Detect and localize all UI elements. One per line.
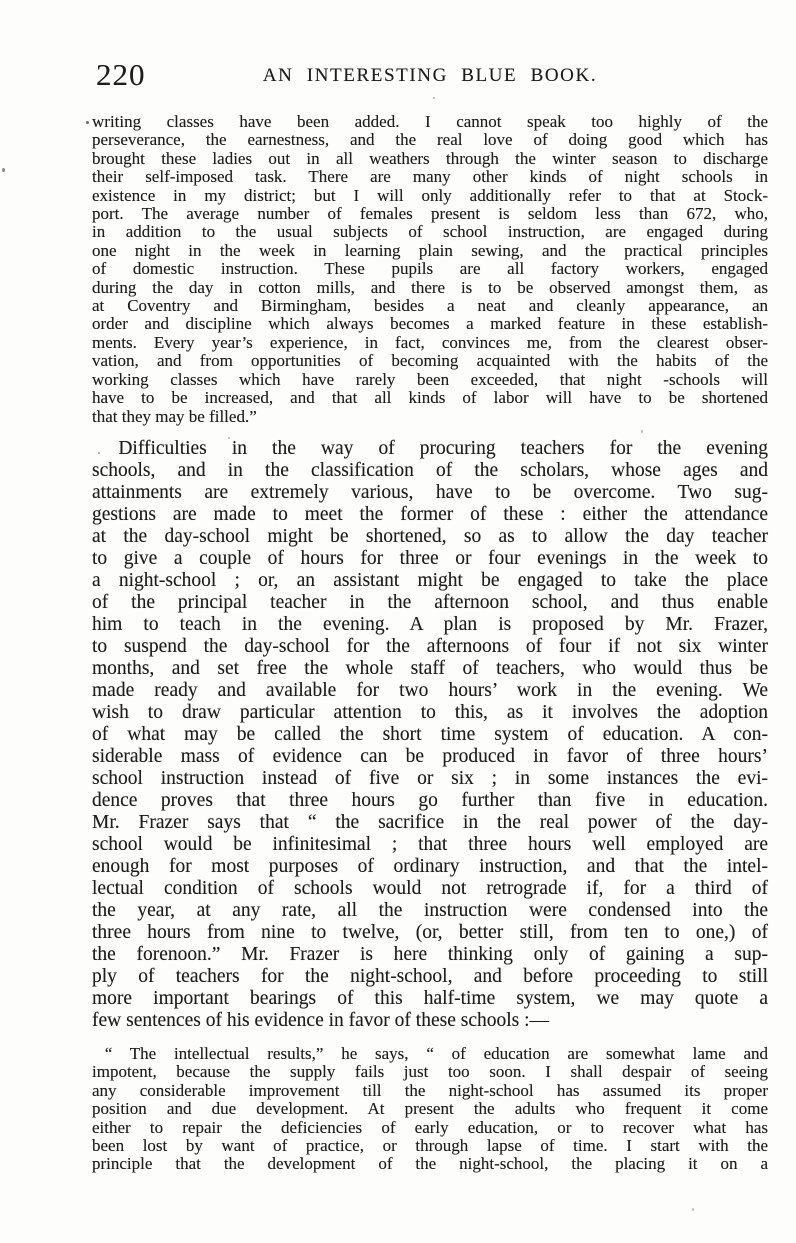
text-line: one night in the week in learning plain … — [92, 242, 768, 260]
text-line: vation, and from opportunities of becomi… — [92, 352, 768, 370]
text-line: principle that the development of the ni… — [92, 1155, 768, 1173]
text-line: made ready and available for two hours’ … — [92, 680, 768, 702]
text-line: of the principal teacher in the afternoo… — [92, 592, 768, 614]
text-line: have to be increased, and that all kinds… — [92, 389, 768, 407]
text-line: the year, at any rate, all the instructi… — [92, 900, 768, 922]
text-line: ments. Every year’s experience, in fact,… — [92, 334, 768, 352]
text-line: port. The average number of females pres… — [92, 205, 768, 223]
text-line: writing classes have been added. I canno… — [92, 113, 768, 131]
text-line: school instruction instead of five or si… — [92, 768, 768, 790]
text-line: brought these ladies out in all weathers… — [92, 150, 768, 168]
text-line: at Coventry and Birmingham, besides a ne… — [92, 297, 768, 315]
scan-speck — [2, 168, 5, 172]
text-line: in addition to the usual subjects of sch… — [92, 223, 768, 241]
text-column: 220 AN INTERESTING BLUE BOOK. writing cl… — [92, 0, 768, 1174]
text-line: of what may be called the short time sys… — [92, 724, 768, 746]
page-header: 220 AN INTERESTING BLUE BOOK. — [92, 58, 768, 98]
text-line: their self-imposed task. There are many … — [92, 168, 768, 186]
text-line: ply of teachers for the night-school, an… — [92, 966, 768, 988]
text-line: wish to draw particular attention to thi… — [92, 702, 768, 724]
text-line: gestions are made to meet the former of … — [92, 504, 768, 526]
running-title: AN INTERESTING BLUE BOOK. — [92, 65, 768, 87]
text-line: during the day in cotton mills, and ther… — [92, 279, 768, 297]
text-line: few sentences of his evidence in favor o… — [92, 1010, 768, 1032]
text-line: the forenoon.” Mr. Frazer is here thinki… — [92, 944, 768, 966]
text-line: Mr. Frazer says that “ the sacrifice in … — [92, 812, 768, 834]
text-line: Difficulties in the way of procuring tea… — [92, 438, 768, 460]
text-line: perseverance, the earnestness, and the r… — [92, 131, 768, 149]
text-line: to suspend the day-school for the aftern… — [92, 636, 768, 658]
scan-speck — [692, 1208, 694, 1211]
text-line: either to repair the deficiencies of ear… — [92, 1119, 768, 1137]
main-paragraph: Difficulties in the way of procuring tea… — [92, 438, 768, 1032]
text-line: school would be infinitesimal ; that thr… — [92, 834, 768, 856]
text-line: schools, and in the classification of th… — [92, 460, 768, 482]
text-line: enough for most purposes of ordinary ins… — [92, 856, 768, 878]
text-line: to give a couple of hours for three or f… — [92, 548, 768, 570]
text-line: at the day-school might be shortened, so… — [92, 526, 768, 548]
text-line: attainments are extremely various, have … — [92, 482, 768, 504]
text-line: dence proves that three hours go further… — [92, 790, 768, 812]
text-line: any considerable improvement till the ni… — [92, 1082, 768, 1100]
text-line: order and discipline which always become… — [92, 315, 768, 333]
text-line: “ The intellectual results,” he says, “ … — [92, 1045, 768, 1063]
text-line: lectual condition of schools would not r… — [92, 878, 768, 900]
text-line: position and due development. At present… — [92, 1100, 768, 1118]
text-line: of domestic instruction. These pupils ar… — [92, 260, 768, 278]
quoted-excerpt-bottom: “ The intellectual results,” he says, “ … — [92, 1045, 768, 1174]
text-line: siderable mass of evidence can be produc… — [92, 746, 768, 768]
text-line: working classes which have rarely been e… — [92, 371, 768, 389]
text-line: him to teach in the evening. A plan is p… — [92, 614, 768, 636]
text-line: more important bearings of this half-tim… — [92, 988, 768, 1010]
quoted-excerpt-top: writing classes have been added. I canno… — [92, 113, 768, 426]
text-line: a night-school ; or, an assistant might … — [92, 570, 768, 592]
text-line: existence in my district; but I will onl… — [92, 187, 768, 205]
text-line: three hours from nine to twelve, (or, be… — [92, 922, 768, 944]
text-line: impotent, because the supply fails just … — [92, 1063, 768, 1081]
text-line: been lost by want of practice, or throug… — [92, 1137, 768, 1155]
text-line: that they may be filled.” — [92, 408, 768, 426]
text-line: months, and set free the whole staff of … — [92, 658, 768, 680]
scanned-book-page: 220 AN INTERESTING BLUE BOOK. writing cl… — [0, 0, 796, 1243]
scan-speck — [86, 121, 89, 124]
